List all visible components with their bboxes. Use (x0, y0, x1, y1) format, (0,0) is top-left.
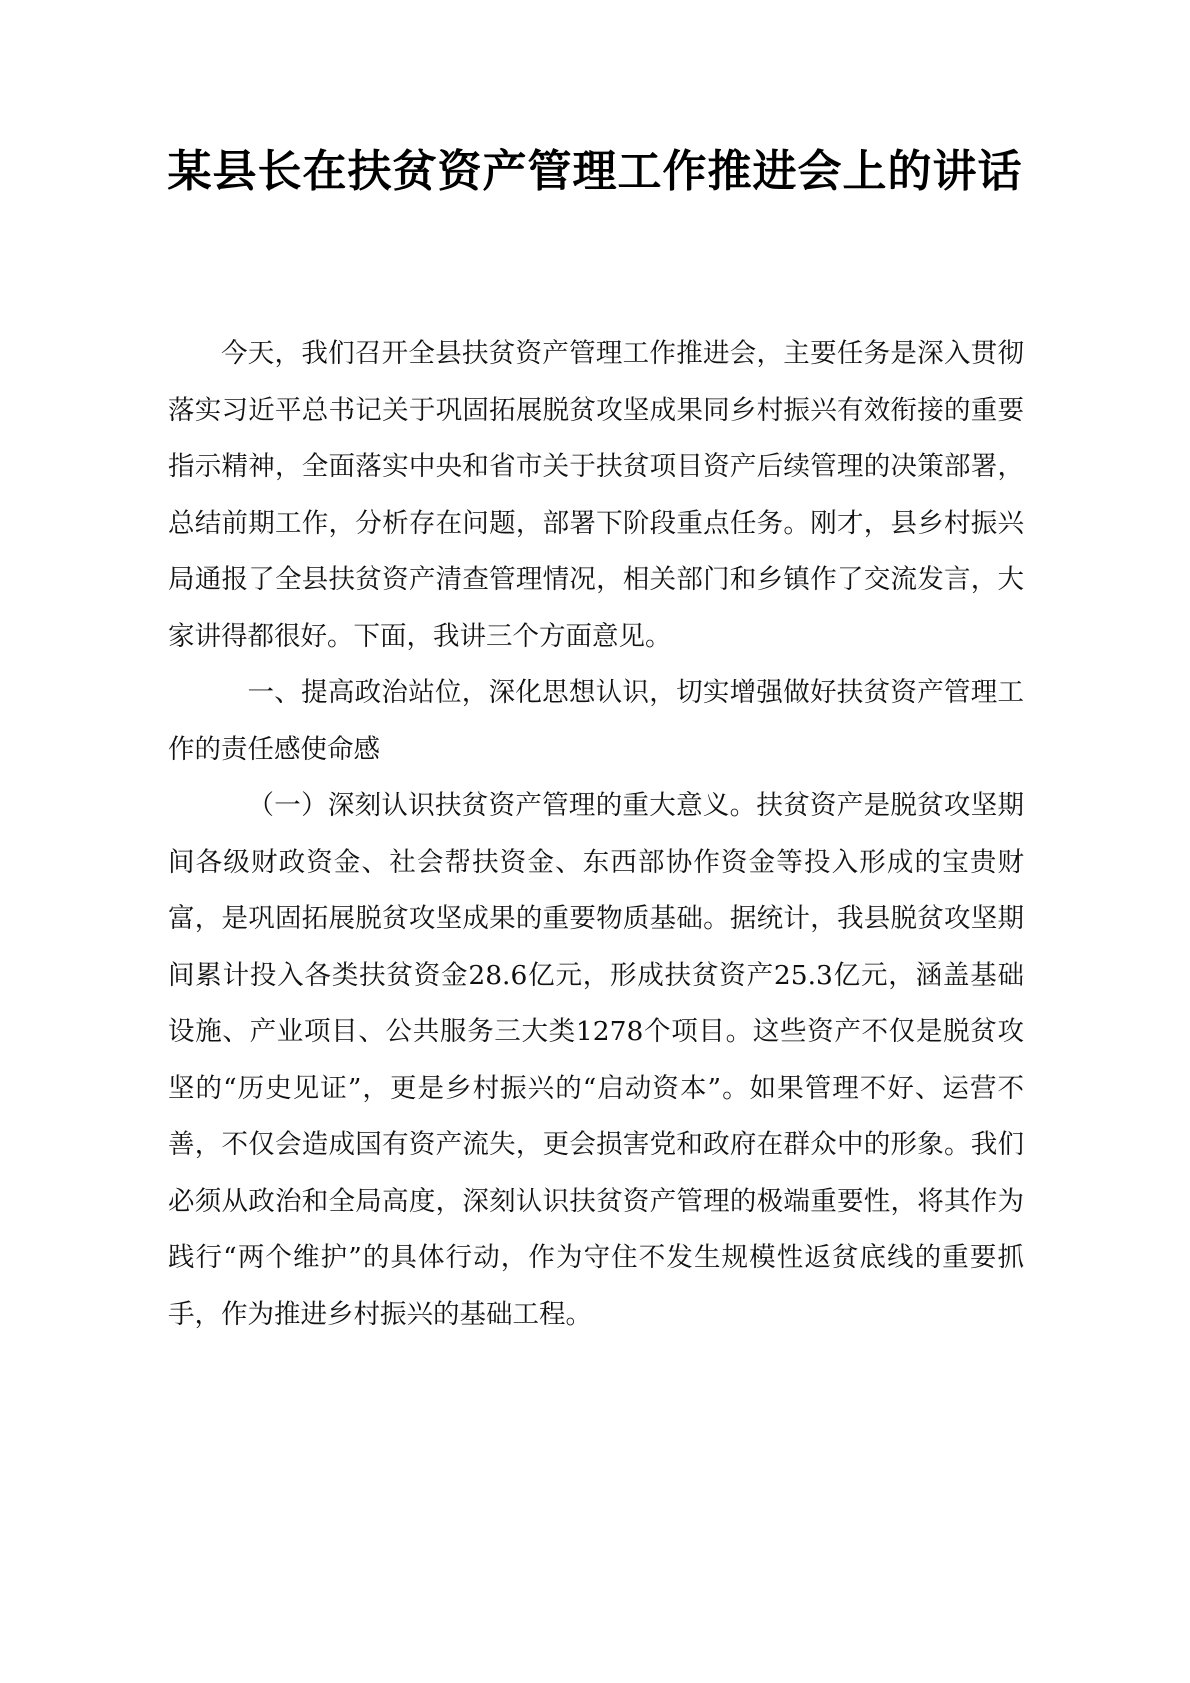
document-body: 今天，我们召开全县扶贫资产管理工作推进会，主要任务是深入贯彻落实习近平总书记关于… (168, 326, 1024, 1343)
opening-paragraph: 今天，我们召开全县扶贫资产管理工作推进会，主要任务是深入贯彻落实习近平总书记关于… (168, 326, 1024, 665)
document-page: 某县长在扶贫资产管理工作推进会上的讲话 今天，我们召开全县扶贫资产管理工作推进会… (0, 0, 1190, 1683)
section-heading-1: 一、提高政治站位，深化思想认识，切实增强做好扶贫资产管理工作的责任感使命感 (168, 665, 1024, 778)
subsection-paragraph-1: （一）深刻认识扶贫资产管理的重大意义。扶贫资产是脱贫攻坚期间各级财政资金、社会帮… (168, 778, 1024, 1343)
document-title: 某县长在扶贫资产管理工作推进会上的讲话 (150, 138, 1040, 206)
